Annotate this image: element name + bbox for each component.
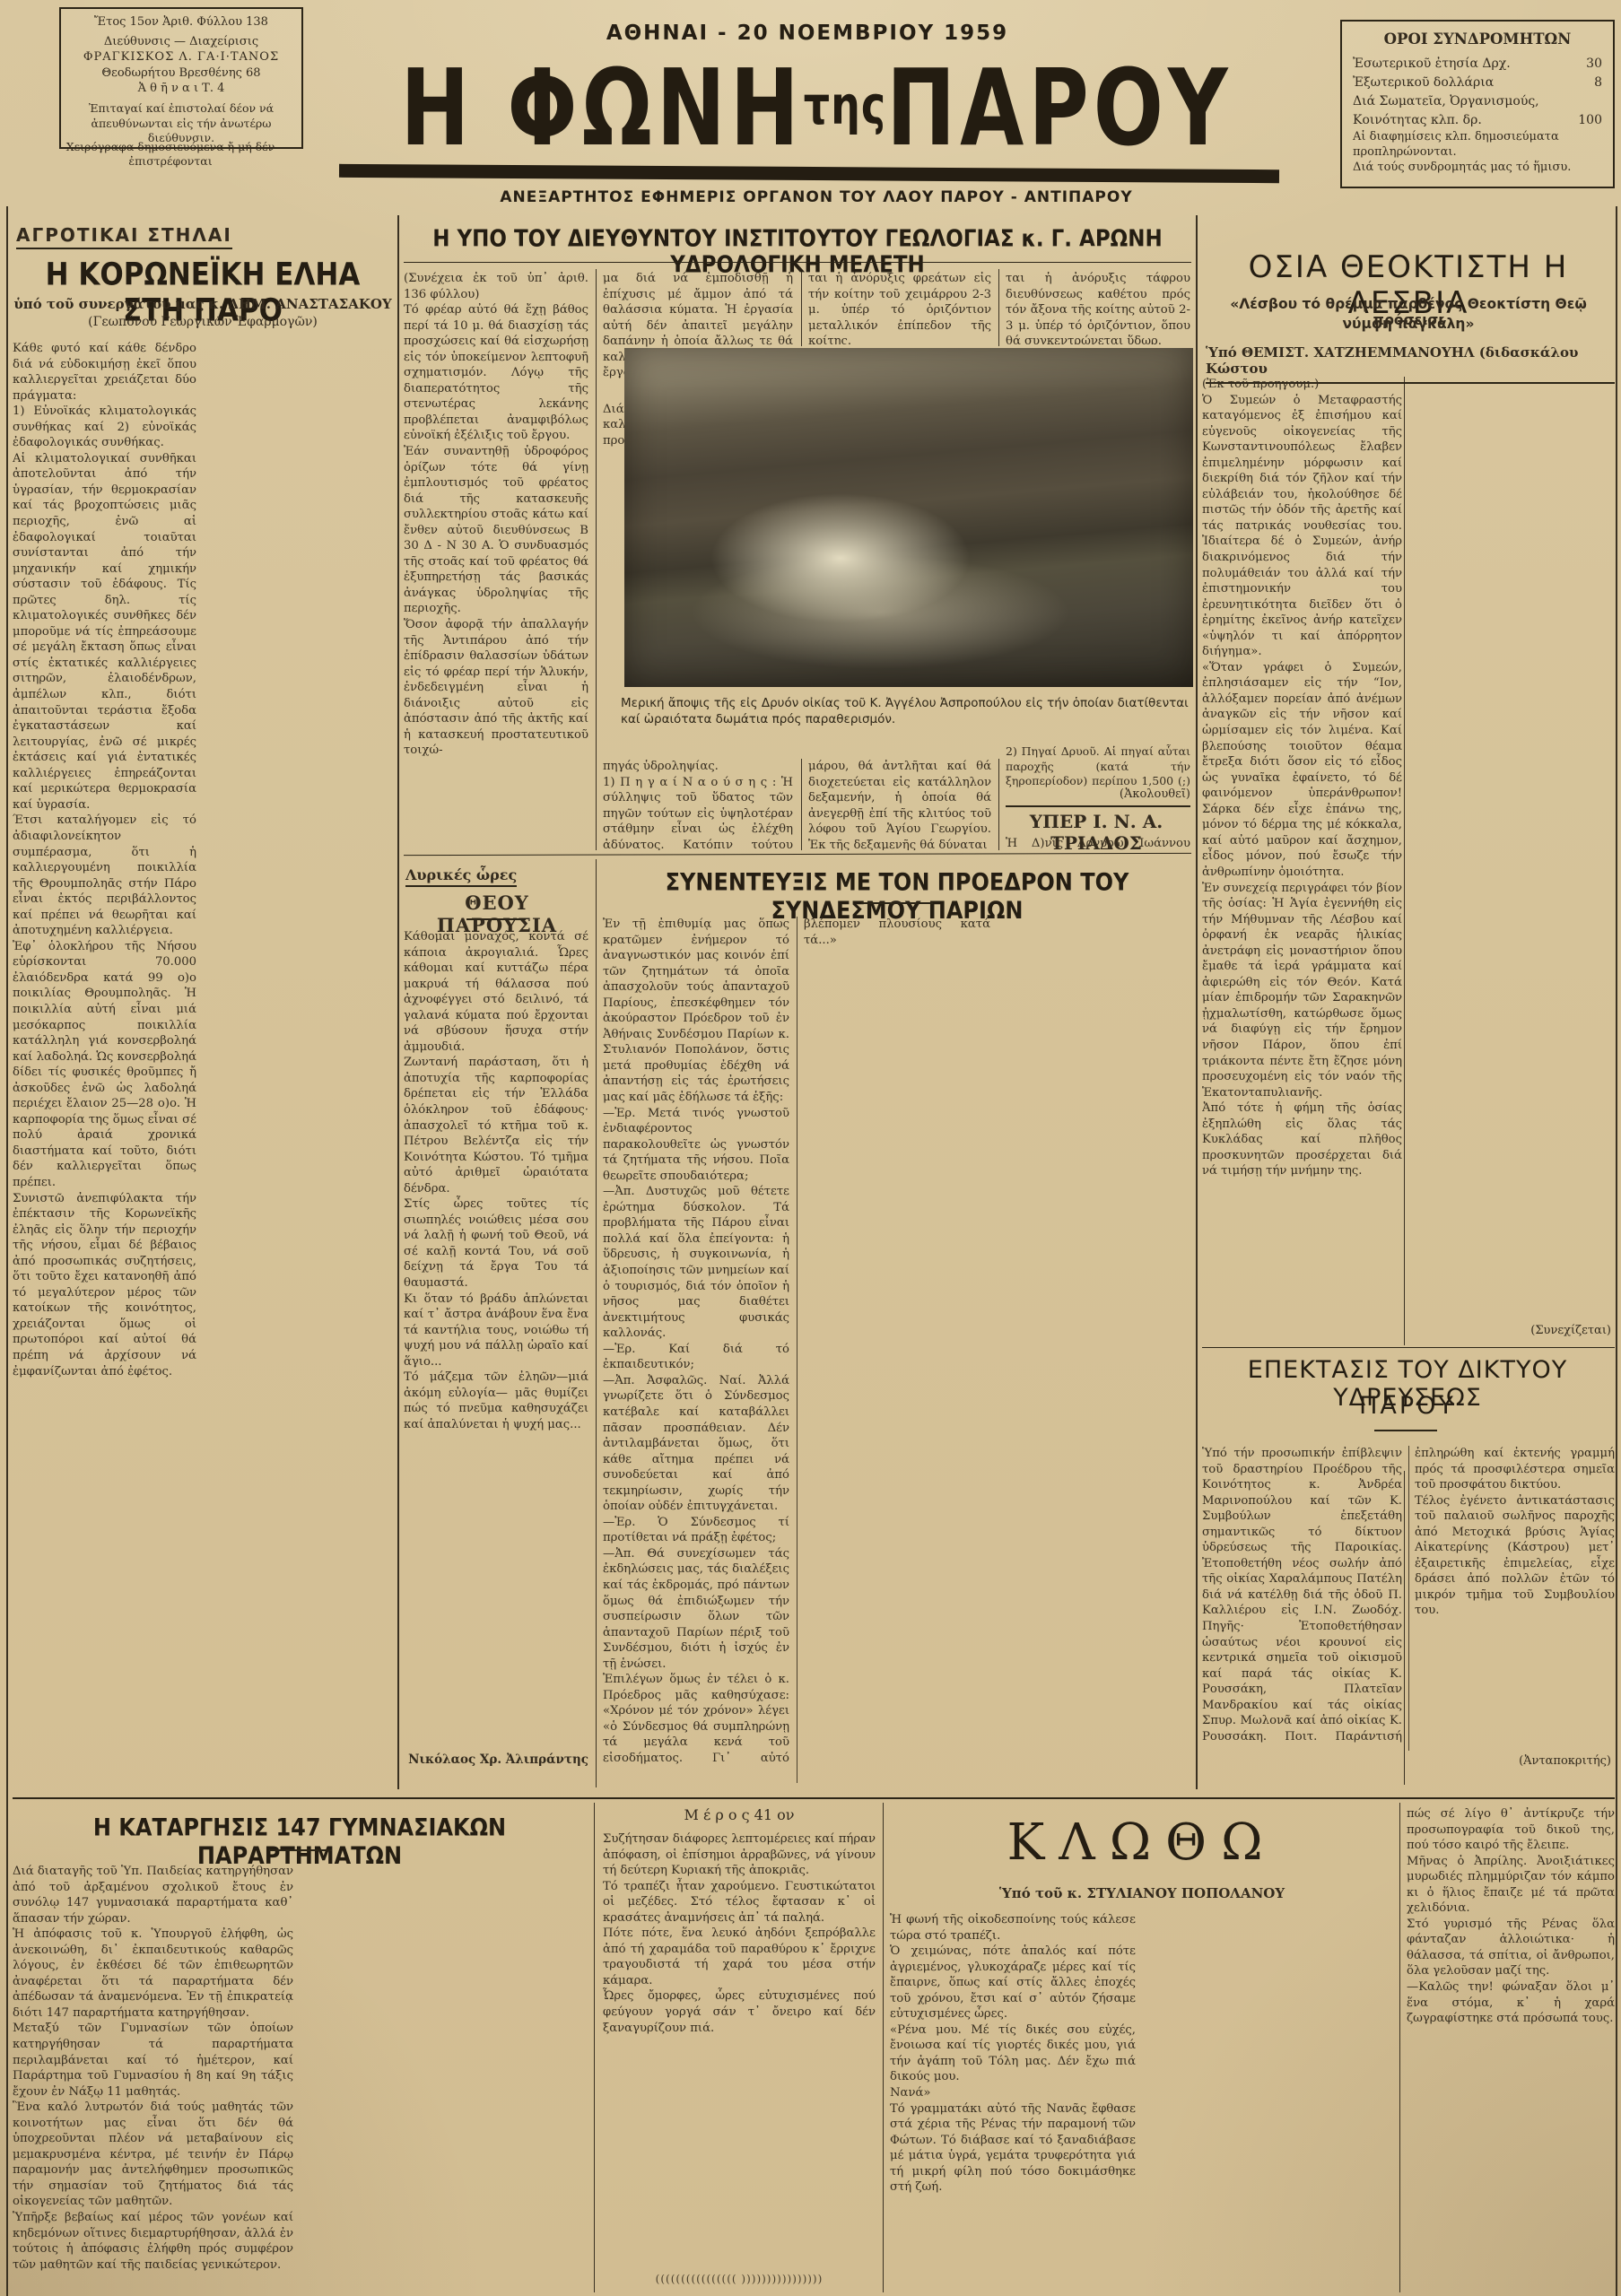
hydro-col-b-bottom: πηγάς ὑδροληψίας. 1) Π η γ α ί Ν α ο ύ σ… — [603, 759, 793, 850]
subscription-note2: Διά τούς συνδρομητάς μας τό ἥμισυ. — [1353, 161, 1602, 176]
center-section-rule — [404, 853, 1191, 856]
photo-caption: Μερική ἄποψις τῆς εἰς Δρυόν οἰκίας τοῦ Κ… — [621, 696, 1193, 727]
hydro-col-d-top: ται ἡ ἀνόρυξις τάφρου διευθύνσεως καθέτο… — [1006, 271, 1190, 344]
right-section-rule — [1202, 1347, 1615, 1348]
publisher-infobox: Ἔτος 15ον Ἀριθ. Φύλλου 138 Διεύθυνσις — … — [59, 7, 303, 149]
column-rule — [1196, 215, 1198, 1789]
masthead-title-part1: Η ΦΩΝΗ — [400, 47, 803, 170]
lyric-body: Κάθομαι μοναχός, κοντά σέ κάποια ἀκρογια… — [404, 929, 588, 1747]
page-edge-left — [6, 206, 8, 2296]
masthead-title-part2: της — [804, 74, 886, 136]
column-rule — [596, 859, 597, 1787]
column-rule — [883, 1803, 884, 2292]
olive-byline: ὑπό τοῦ συνεργάτου μας κ. ΔΗΜ. ΑΝΑΣΤΑΣΑΚ… — [11, 296, 395, 312]
subscription-value: 100 — [1578, 111, 1602, 130]
network-headline-line2: ΠΑΡΟΥ — [1198, 1392, 1617, 1420]
triados-top-rule — [1006, 805, 1190, 807]
gymnasia-body: Διά διαταγῆς τοῦ Ὑπ. Παιδείας κατηργήθησ… — [13, 1864, 587, 2289]
gymnasia-headline-rule — [269, 1849, 332, 1851]
olive-body: Κάθε φυτό καί κάθε δένδρο διά νά εὐδοκιμ… — [13, 341, 393, 1792]
lyric-kicker-wrap: Λυρικές ὧρες — [405, 866, 517, 887]
network-signature: (Ἀνταποκριτής) — [1435, 1754, 1611, 1768]
masthead-title-part3: ΠΑΡΟΥ — [886, 47, 1232, 170]
lesbia-continued-note: (Συνεχίζεται) — [1435, 1324, 1611, 1337]
klotho-body: Ἡ φωνή τῆς οἰκοδεσποίνης τούς κάλεσε τώρ… — [890, 1912, 1394, 2291]
hydro-headline-rule — [404, 262, 1191, 263]
subscription-title: ΟΡΟΙ ΣΥΝΔΡΟΜΗΤΩΝ — [1353, 29, 1602, 51]
subscription-label: Ἐξωτερικοῦ δολλάρια — [1353, 74, 1594, 92]
klotho-part-label: Μ έ ρ ο ς 41 ον — [603, 1806, 876, 1823]
klotho-title: ΚΛΩΘΩ — [890, 1813, 1394, 1872]
interview-headline-rule — [861, 902, 933, 904]
hydro-col-c-top: ται ἡ ἀνόρυξις φρεάτων εἰς τήν κοίτην το… — [808, 271, 991, 344]
column-rule — [596, 269, 597, 850]
klotho-byline: Ὑπό τοῦ κ. ΣΤΥΛΙΑΝΟΥ ΠΟΠΟΛΑΝΟΥ — [890, 1885, 1394, 1901]
lyric-signature: Νικόλαος Χρ. Ἀλιπράντης — [404, 1752, 588, 1767]
subscription-value: 30 — [1586, 55, 1602, 74]
network-body: Ὑπό τήν προσωπικήν ἐπίβλεψιν τοῦ δραστηρ… — [1202, 1446, 1615, 1751]
subscription-box: ΟΡΟΙ ΣΥΝΔΡΟΜΗΤΩΝ Ἐσωτερικοῦ ἐτησία Δρχ. … — [1340, 20, 1615, 188]
subscription-value: 8 — [1594, 74, 1602, 92]
subscription-note1: Αἱ διαφημίσεις κλπ. δημοσιεύματα προπληρ… — [1353, 130, 1602, 161]
publisher-name: ΦΡΑΓΚΙΣΚΟΣ Λ. ΓΑ·Ι·ΤΑΝΟΣ — [68, 49, 294, 65]
hydro-col-a: (Συνέχεια ἐκ τοῦ ὑπ᾽ ἀριθ. 136 φύλλου) Τ… — [404, 271, 588, 850]
publisher-city: Ἀ θ ῆ ν α ι Τ. 4 — [68, 81, 294, 97]
page-edge-right — [1616, 206, 1617, 2296]
network-headline-rule — [1374, 1430, 1437, 1431]
lyric-kicker: Λυρικές ὧρες — [405, 866, 517, 887]
subscription-label: Ἐσωτερικοῦ ἐτησία Δρχ. — [1353, 55, 1586, 74]
lesbia-body: (Ἐκ τοῦ προηγουμ.) Ὁ Συμεών ὁ Μεταφραστή… — [1202, 377, 1615, 1320]
publisher-address: Θεοδωρήτου Βρεσθένης 68 — [68, 65, 294, 82]
dateline: ΑΘΗΝΑΙ - 20 ΝΟΕΜΒΡΙΟΥ 1959 — [574, 22, 1041, 45]
bottom-band-rule — [13, 1797, 1615, 1799]
subscription-row: Ἐσωτερικοῦ ἐτησία Δρχ. 30 — [1353, 55, 1602, 74]
hydro-follow-note: (Ἀκολουθεῖ) — [1006, 787, 1190, 801]
interview-body: Ἐν τῇ ἐπιθυμίᾳ μας ὅπως κρατῶμεν ἐνήμερο… — [603, 917, 1191, 1783]
lyric-title-rule — [466, 918, 526, 920]
lesbia-epigraph2: νύμφη παγκάλη» — [1202, 316, 1615, 332]
issue-number: Ἔτος 15ον Ἀριθ. Φύλλου 138 — [68, 14, 294, 30]
gymnasia-headline: Η ΚΑΤΑΡΓΗΣΙΣ 147 ΓΥΜΝΑΣΙΑΚΩΝ ΠΑΡΑΡΤΗΜΑΤΩ… — [13, 1813, 587, 1870]
subscription-label: Διά Σωματεῖα, Ὀργανισμούς, Κοινότητας κλ… — [1353, 92, 1578, 130]
klotho-precol: Συζήτησαν διάφορες λεπτομέρειες καί πήρα… — [603, 1831, 876, 2269]
agro-kicker: ΑΓΡΟΤΙΚΑΙ ΣΤΗΛΑΙ — [16, 224, 232, 249]
agro-kicker-wrap: ΑΓΡΟΤΙΚΑΙ ΣΤΗΛΑΙ — [16, 224, 232, 249]
olive-byline2: (Γεωπόνου Γεωργικῶν Ἐφαρμογῶν) — [11, 315, 395, 329]
column-rule — [594, 1803, 595, 2292]
ornament-row: (((((((((((((((( )))))))))))))))) — [603, 2273, 876, 2285]
column-rule — [801, 759, 802, 850]
masthead-title: Η ΦΩΝΗτηςΠΑΡΟΥ — [323, 47, 1310, 170]
column-rule — [998, 269, 999, 346]
column-rule — [1399, 1803, 1400, 2292]
column-rule — [801, 269, 802, 346]
hydro-col-c-bottom: μάρου, θά ἀντλῆται καί θά διοχετεύεται ε… — [808, 759, 991, 850]
newspaper-page: Ἔτος 15ον Ἀριθ. Φύλλου 138 Διεύθυνσις — … — [0, 0, 1621, 2296]
triados-body: Ἡ Δ)νίς Ἀργυρώ Ἰωάννου Τριανταφύλλου εἰσ… — [1006, 836, 1190, 850]
druos-house-photo — [624, 348, 1193, 687]
klotho-right-col: πώς σέ λίγο θ᾽ ἀντίκρυζε τήν προσωπογραφ… — [1407, 1806, 1615, 2291]
hydro-col-d-bottom: 2) Πηγαί Δρυοῦ. Αἱ πηγαί αὗται παροχῆς (… — [1006, 744, 1190, 789]
infobox-line: Διεύθυνσις — Διαχείρισις — [68, 34, 294, 50]
subscription-row: Ἐξωτερικοῦ δολλάρια 8 — [1353, 74, 1602, 92]
column-rule — [397, 215, 399, 1789]
subscription-row: Διά Σωματεῖα, Ὀργανισμούς, Κοινότητας κλ… — [1353, 92, 1602, 130]
masthead-subtitle: ΑΝΕΞΑΡΤΗΤΟΣ ΕΦΗΜΕΡΙΣ ΟΡΓΑΝΟΝ ΤΟΥ ΛΑΟΥ ΠΑ… — [368, 188, 1265, 206]
manuscripts-note: Χειρόγραφα δημοσιευόμενα ἤ μή δέν ἐπιστρ… — [54, 140, 287, 170]
